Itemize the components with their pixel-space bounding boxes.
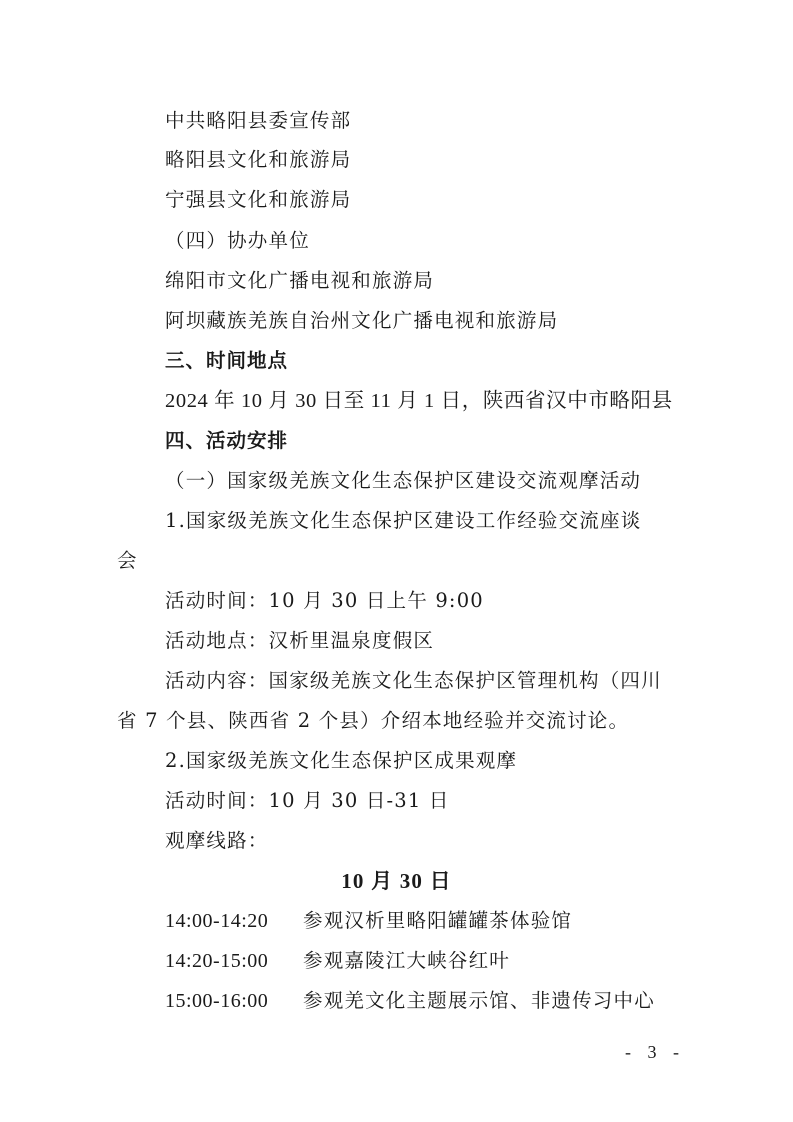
activity-content: 活动内容：国家级羌族文化生态保护区管理机构（四川	[165, 668, 725, 694]
co-organizer-line: 阿坝藏族羌族自治州文化广播电视和旅游局	[165, 308, 725, 334]
document-page: 中共略阳县委宣传部 略阳县文化和旅游局 宁强县文化和旅游局 （四）协办单位 绵阳…	[0, 0, 793, 1122]
subsection-heading: （四）协办单位	[165, 228, 725, 254]
item-heading-continued: 会	[117, 548, 677, 574]
schedule-row: 14:00-14:20参观汉析里略阳罐罐茶体验馆	[165, 908, 725, 934]
schedule-row: 14:20-15:00参观嘉陵江大峡谷红叶	[165, 948, 725, 974]
schedule-activity: 参观羌文化主题展示馆、非遗传习中心	[303, 989, 655, 1012]
item-heading: 2.国家级羌族文化生态保护区成果观摩	[165, 748, 725, 774]
co-organizer-line: 绵阳市文化广播电视和旅游局	[165, 268, 725, 294]
organizer-line: 宁强县文化和旅游局	[165, 187, 725, 213]
page-number: - 3 -	[620, 1042, 690, 1063]
activity-place: 活动地点：汉析里温泉度假区	[165, 628, 725, 654]
schedule-time: 15:00-16:00	[165, 988, 303, 1014]
schedule-time: 14:20-15:00	[165, 948, 303, 974]
section-heading: 三、时间地点	[165, 348, 725, 374]
activity-content-continued: 省 7 个县、陕西省 2 个县）介绍本地经验并交流讨论。	[117, 708, 677, 734]
subsection-heading: （一）国家级羌族文化生态保护区建设交流观摩活动	[165, 468, 725, 494]
activity-time: 活动时间：10 月 30 日上午 9:00	[165, 588, 725, 614]
route-label: 观摩线路：	[165, 828, 725, 854]
schedule-time: 14:00-14:20	[165, 908, 303, 934]
section-heading: 四、活动安排	[165, 428, 725, 454]
organizer-line: 略阳县文化和旅游局	[165, 147, 725, 173]
schedule-activity: 参观汉析里略阳罐罐茶体验馆	[303, 909, 572, 932]
schedule-row: 15:00-16:00参观羌文化主题展示馆、非遗传习中心	[165, 988, 725, 1014]
activity-time: 活动时间：10 月 30 日-31 日	[165, 788, 725, 814]
time-place-text: 2024 年 10 月 30 日至 11 月 1 日，陕西省汉中市略阳县	[165, 388, 725, 414]
organizer-line: 中共略阳县委宣传部	[165, 108, 725, 134]
schedule-date-heading: 10 月 30 日	[0, 868, 793, 894]
schedule-activity: 参观嘉陵江大峡谷红叶	[303, 949, 510, 972]
item-heading: 1.国家级羌族文化生态保护区建设工作经验交流座谈	[165, 508, 725, 534]
